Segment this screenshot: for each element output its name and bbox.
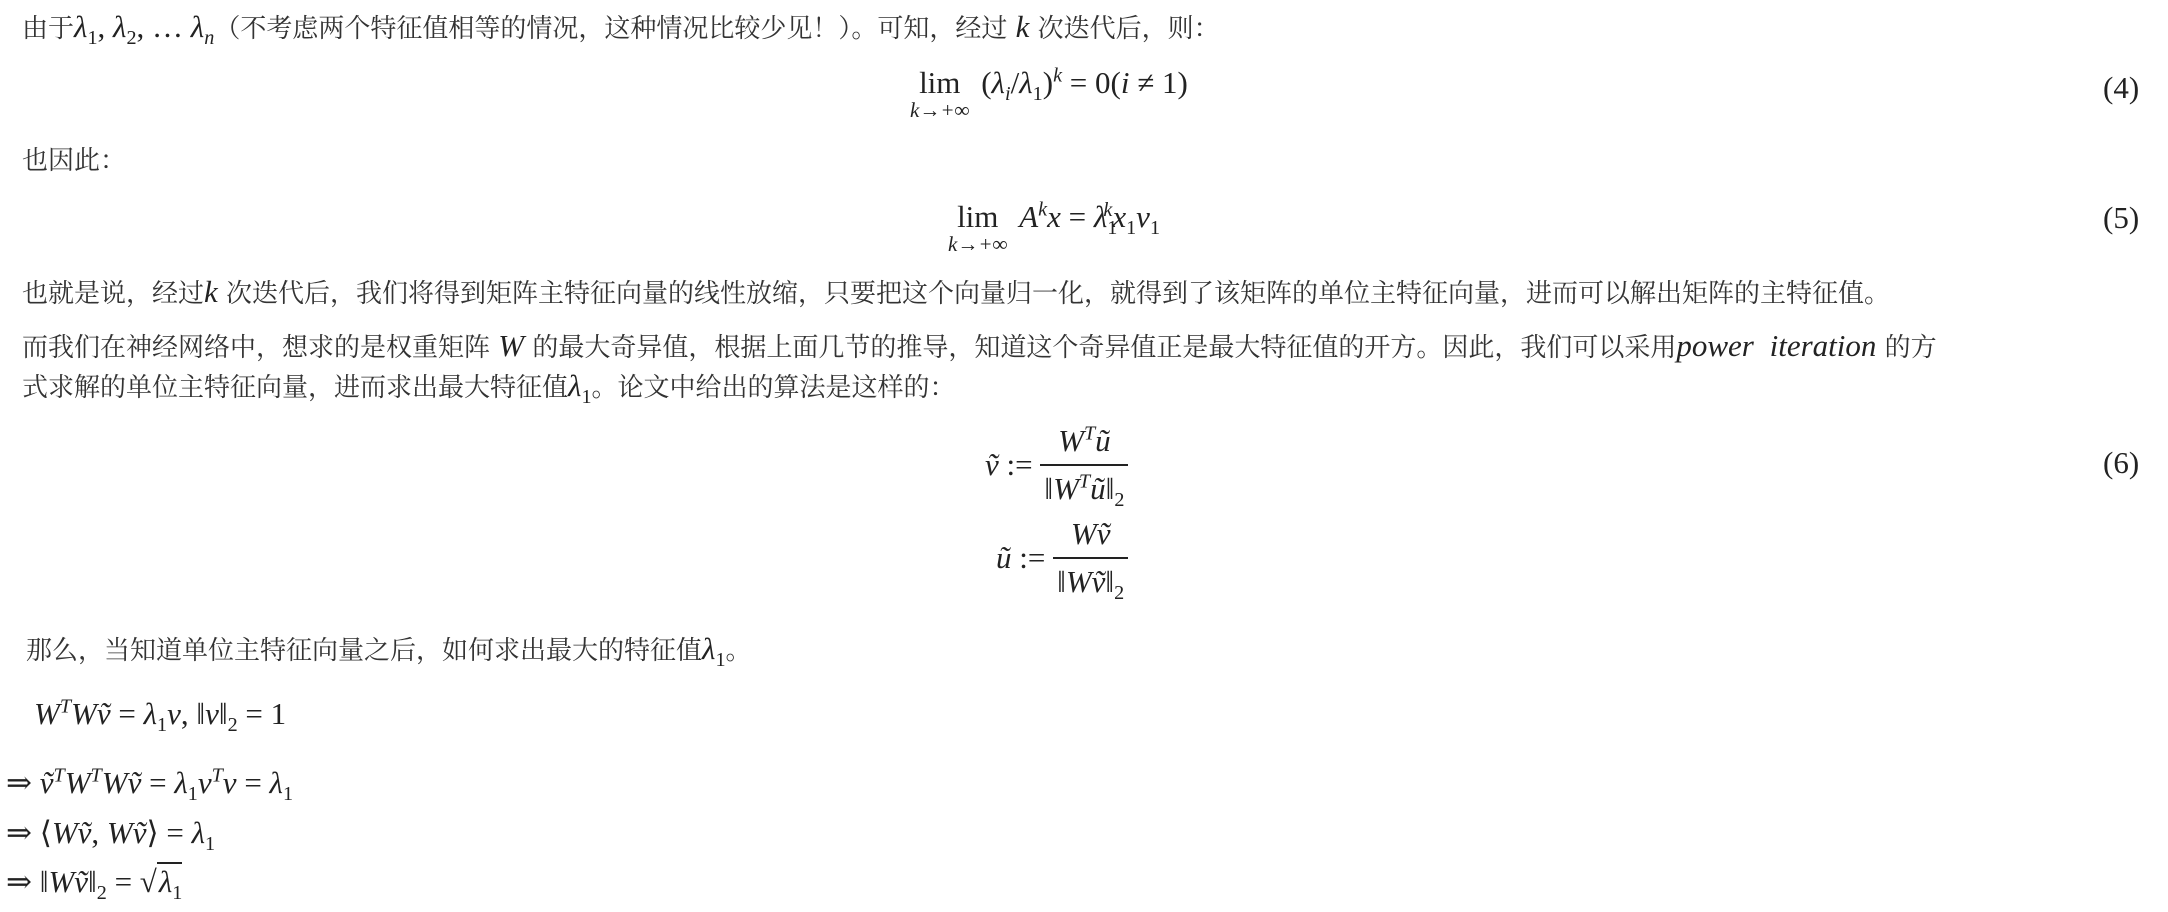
lim-subscript: k→+∞ <box>948 234 1007 254</box>
math-k: k <box>1016 9 1030 44</box>
equation-tag-4: (4) <box>2103 70 2139 106</box>
paragraph-neural-network-line1: 而我们在神经网络中，想求的是权重矩阵 W 的最大奇异值，根据上面几节的推导，知道… <box>22 329 1937 365</box>
text: 那么，当知道单位主特征向量之后，如何求出最大的特征值 <box>26 636 702 666</box>
equation-4-body: (λi/λ1)k = 0(i ≠ 1) <box>973 65 1187 100</box>
text: 次迭代后，我们将得到矩阵主特征向量的线性放缩，只要把这个向量归一化，就得到了该矩… <box>218 279 1890 309</box>
lim-subscript: k→+∞ <box>910 100 969 120</box>
equation-5-body: Akx = λ1kx1ν1 <box>1011 199 1160 234</box>
denominator: ‖Wṽ‖2 <box>1053 557 1128 601</box>
derivation-line-2: ⇒ ṽTWTWṽ = λ1vTv = λ1 <box>6 765 293 801</box>
text: 。论文中给出的算法是这样的： <box>592 373 956 403</box>
equation-6-lhs-u: ũ := <box>996 540 1053 575</box>
text: 的方 <box>1876 333 1936 363</box>
text: 次迭代后，则： <box>1029 14 1219 44</box>
equation-tag-6: (6) <box>2103 445 2139 481</box>
equation-4: lim k→+∞ (λi/λ1)k = 0(i ≠ 1) <box>910 66 1188 120</box>
equation-6-lhs-v: ṽ := <box>985 447 1040 482</box>
math-k: k <box>204 274 218 309</box>
text: 。 <box>726 636 752 666</box>
paragraph-normalization: 也就是说，经过k 次迭代后，我们将得到矩阵主特征向量的线性放缩，只要把这个向量归… <box>22 275 1890 311</box>
derivation-line-4: ⇒ ‖Wṽ‖2 = √λ1 <box>6 864 182 900</box>
text: 由于 <box>22 14 74 44</box>
derivation-line-3: ⇒ ⟨Wṽ, Wṽ⟩ = λ1 <box>6 815 215 851</box>
equation-5: lim k→+∞ Akx = λ1kx1ν1 <box>948 200 1160 254</box>
paragraph-neural-network-line2: 式求解的单位主特征向量，进而求出最大特征值λ1。论文中给出的算法是这样的： <box>22 369 956 405</box>
lim-text: lim <box>910 66 969 100</box>
lim-text: lim <box>948 200 1007 234</box>
equation-tag-5: (5) <box>2103 200 2139 236</box>
fraction: Wṽ ‖Wṽ‖2 <box>1053 515 1128 601</box>
paragraph-eigenvalues-intro: 由于λ1, λ2, … λn（不考虑两个特征值相等的情况，这种情况比较少见！）。… <box>22 10 1220 46</box>
math-W: W <box>498 328 524 363</box>
text: 也就是说，经过 <box>22 279 204 309</box>
equation-6-line1: ṽ := WTũ ‖WTũ‖2 <box>985 422 1128 508</box>
text: （不考虑两个特征值相等的情况，这种情况比较少见！）。可知，经过 <box>214 14 1015 44</box>
math-lambda1: λ1 <box>702 631 726 666</box>
numerator: WTũ <box>1040 422 1128 464</box>
text: 式求解的单位主特征向量，进而求出最大特征值 <box>22 373 568 403</box>
text: 而我们在神经网络中，想求的是权重矩阵 <box>22 333 498 363</box>
math-lambda1: λ1 <box>568 368 592 403</box>
limit-operator: lim k→+∞ <box>948 200 1007 254</box>
math-lambda-list: λ1, λ2, … λn <box>74 9 214 44</box>
equation-6-line2: ũ := Wṽ ‖Wṽ‖2 <box>996 515 1128 601</box>
text: 的最大奇异值，根据上面几节的推导，知道这个奇异值正是最大特征值的开方。因此，我们… <box>524 333 1676 363</box>
denominator: ‖WTũ‖2 <box>1040 464 1128 508</box>
fraction: WTũ ‖WTũ‖2 <box>1040 422 1128 508</box>
derivation-line-1: WTWṽ = λ1v, ‖v‖2 = 1 <box>34 696 286 732</box>
numerator: Wṽ <box>1053 515 1128 557</box>
paragraph-find-max-eigenvalue: 那么，当知道单位主特征向量之后，如何求出最大的特征值λ1。 <box>26 632 752 668</box>
paragraph-therefore: 也因此： <box>22 144 126 178</box>
math-power-iteration: power iteration <box>1676 328 1876 363</box>
limit-operator: lim k→+∞ <box>910 66 969 120</box>
